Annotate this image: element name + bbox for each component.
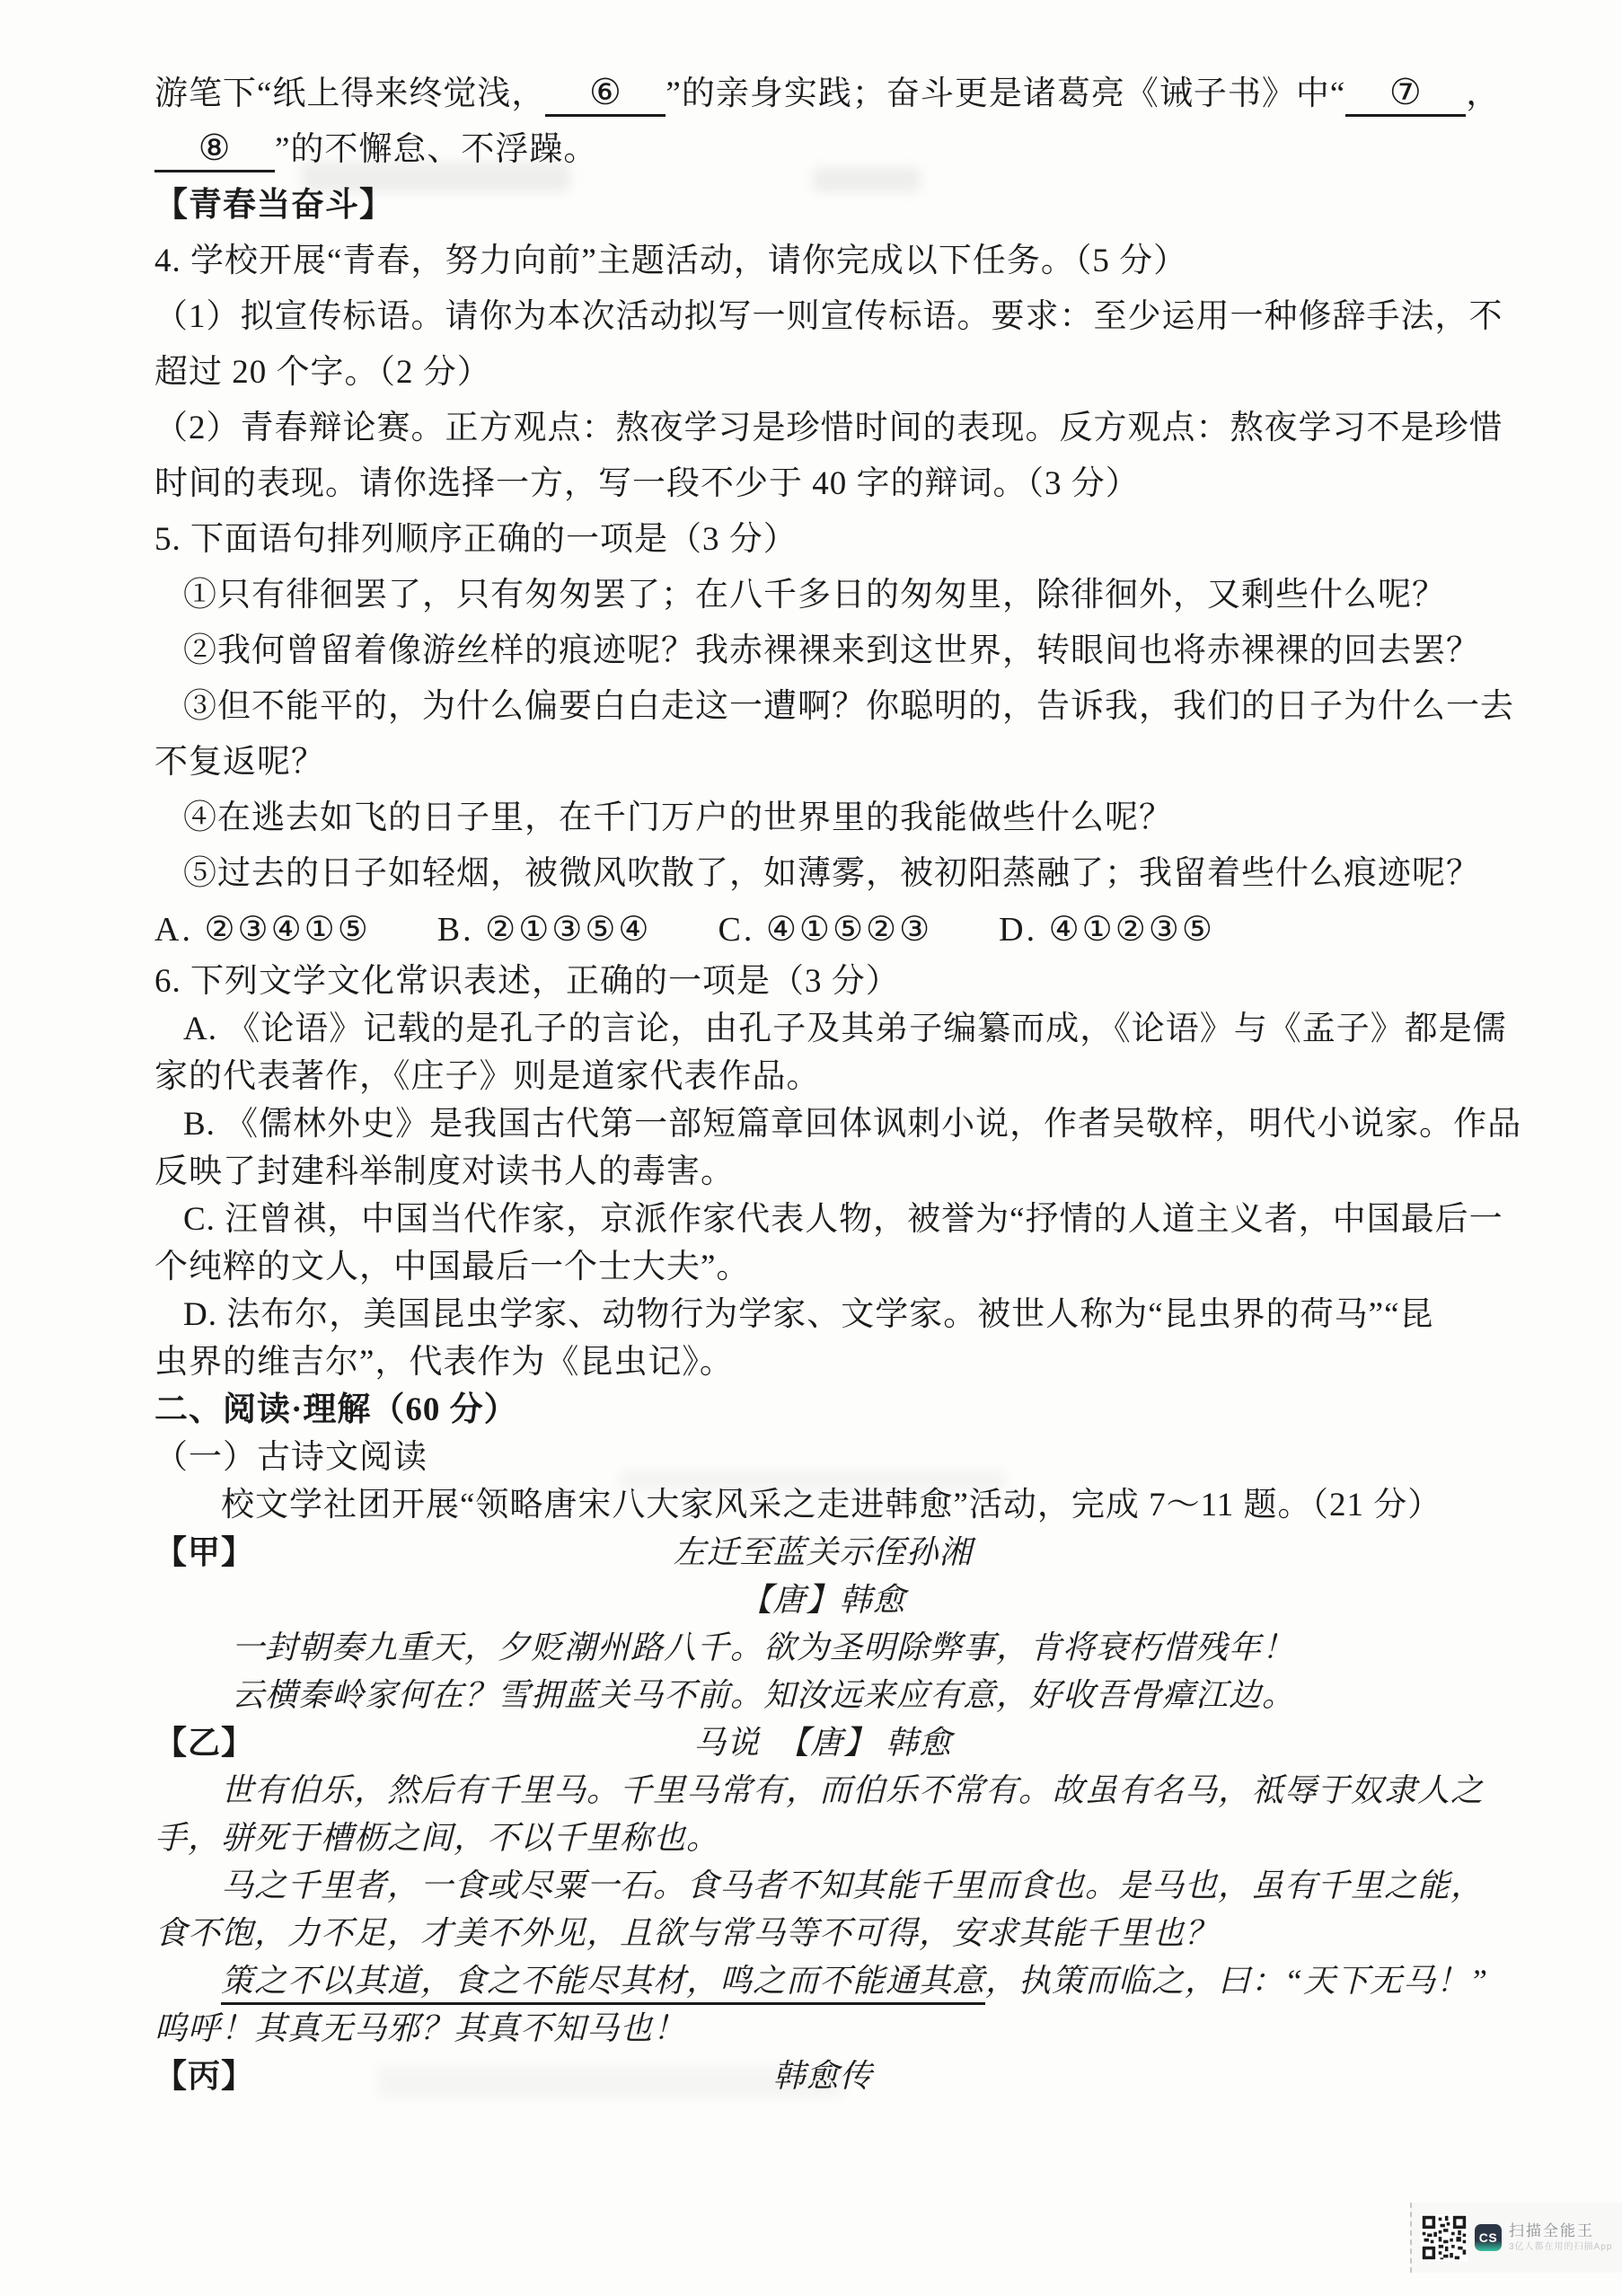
qr-code (1421, 2214, 1468, 2261)
text-segment: 食不饱，力不足，才美不外见，且欲与常马等不可得，安求其能千里也？ (154, 1915, 1218, 1951)
text-segment: 世有伯乐，然后有千里马。千里马常有，而伯乐不常有。故虽有名马，祗辱于奴隶人之 (221, 1772, 1484, 1808)
text-line: A. ②③④①⑤B. ②①③⑤④C. ④①⑤②③D. ④①②③⑤ (154, 902, 1491, 958)
text-segment: （1）拟宣传标语。请你为本次活动拟写一则宣传标语。要求：至少运用一种修辞手法，不 (154, 298, 1503, 335)
text-line: 5. 下面语句排列顺序正确的一项是（3 分） (154, 512, 1491, 568)
text-line: ②我何曾留着像游丝样的痕迹呢？我赤裸裸来到这世界，转眼间也将赤裸裸的回去罢？ (154, 623, 1491, 679)
text-segment: 一封朝奏九重天，夕贬潮州路八千。欲为圣明除弊事，肯将衰朽惜残年！ (232, 1629, 1295, 1665)
text-segment: A. 《论语》记载的是孔子的言论，由孔子及其弟子编纂而成，《论语》与《孟子》都是… (183, 1011, 1507, 1047)
text-line: ④在逃去如飞的日子里，在千门万户的世界里的我能做些什么呢？ (154, 790, 1491, 846)
text-segment: 超过 20 个字。（2 分） (154, 354, 491, 391)
camscanner-watermark: CS 扫描全能王 3亿人都在用的扫描App (1410, 2203, 1622, 2273)
text-segment: 游笔下“纸上得来终觉浅， (154, 75, 545, 112)
text-segment: ②我何曾留着像游丝样的痕迹呢？我赤裸裸来到这世界，转眼间也将赤裸裸的回去罢？ (183, 632, 1480, 669)
text-line: D. 法布尔，美国昆虫学家、动物行为学家、文学家。被世人称为“昆虫界的荷马”“昆 (154, 1291, 1491, 1338)
text-line: 家的代表著作，《庄子》则是道家代表作品。 (154, 1053, 1491, 1100)
text-line: 【唐】韩愈 (154, 1576, 1491, 1624)
text-line: 【甲】左迁至蓝关示侄孙湘 (154, 1529, 1491, 1576)
text-line: 时间的表现。请你选择一方，写一段不少于 40 字的辩词。（3 分） (154, 456, 1491, 512)
text-line: （1）拟宣传标语。请你为本次活动拟写一则宣传标语。要求：至少运用一种修辞手法，不 (154, 289, 1491, 345)
text-segment: ， (1466, 75, 1500, 112)
text-line: 食不饱，力不足，才美不外见，且欲与常马等不可得，安求其能千里也？ (154, 1910, 1491, 1957)
text-segment: 手，骈死于槽枥之间，不以千里称也。 (154, 1820, 719, 1856)
text-segment: ”的不懈怠、不浮躁。 (275, 131, 597, 168)
exam-page: 游笔下“纸上得来终觉浅，⑥”的亲身实践；奋斗更是诸葛亮《诫子书》中“⑦，⑧”的不… (0, 0, 1622, 2296)
text-segment: ④在逃去如飞的日子里，在千门万户的世界里的我能做些什么呢？ (183, 799, 1173, 836)
text-segment: 个纯粹的文人，中国最后一个士大夫”。 (154, 1249, 750, 1285)
text-segment: 呜呼！其真无马邪？其真不知马也！ (154, 2010, 686, 2046)
text-segment: 家的代表著作，《庄子》则是道家代表作品。 (154, 1058, 821, 1095)
text-line: 二、阅读·理解（60 分） (154, 1386, 1491, 1434)
text-line: C. 汪曾祺，中国当代作家，京派作家代表人物，被誉为“抒情的人道主义者，中国最后… (154, 1196, 1491, 1243)
text-line: （一）古诗文阅读 (154, 1434, 1491, 1481)
text-line: 校文学社团开展“领略唐宋八大家风采之走进韩愈”活动，完成 7～11 题。（21 … (154, 1481, 1491, 1529)
centered-title: 马说 【唐】 韩愈 (154, 1719, 1491, 1767)
underlined-text: 策之不以其道，食之不能尽其材，鸣之而不能通其意 (221, 1963, 985, 2005)
text-segment: 云横秦岭家何在？雪拥蓝关马不前。知汝远来应有意，好收吾骨瘴江边。 (232, 1677, 1295, 1713)
text-segment: ①只有徘徊罢了，只有匆匆罢了；在八千多日的匆匆里，除徘徊外，又剩些什么呢？ (183, 577, 1446, 614)
text-segment: 不复返呢？ (154, 744, 325, 781)
text-line: ①只有徘徊罢了，只有匆匆罢了；在八千多日的匆匆里，除徘徊外，又剩些什么呢？ (154, 568, 1491, 623)
text-line: A. 《论语》记载的是孔子的言论，由孔子及其弟子编纂而成，《论语》与《孟子》都是… (154, 1005, 1491, 1053)
text-line: 4. 学校开展“青春，努力向前”主题活动，请你完成以下任务。（5 分） (154, 234, 1491, 289)
text-line: 6. 下列文学文化常识表述，正确的一项是（3 分） (154, 958, 1491, 1005)
text-segment: 4. 学校开展“青春，努力向前”主题活动，请你完成以下任务。（5 分） (154, 243, 1187, 279)
text-line: B. 《儒林外史》是我国古代第一部短篇章回体讽刺小说，作者吴敬梓，明代小说家。作… (154, 1100, 1491, 1148)
choice-option: B. ②①③⑤④ (437, 902, 652, 958)
text-segment: 马之千里者，一食或尽粟一石。食马者不知其能千里而食也。是马也，虽有千里之能， (221, 1868, 1484, 1903)
text-line: 马之千里者，一食或尽粟一石。食马者不知其能千里而食也。是马也，虽有千里之能， (154, 1862, 1491, 1910)
text-segment: ，执策而临之，曰：“天下无马！” (985, 1963, 1488, 1999)
text-segment: ③但不能平的，为什么偏要白白走这一遭啊？你聪明的，告诉我，我们的日子为什么一去 (183, 688, 1514, 725)
app-tagline: 3亿人都在用的扫描App (1509, 2241, 1612, 2254)
text-line: 一封朝奏九重天，夕贬潮州路八千。欲为圣明除弊事，肯将衰朽惜残年！ (154, 1624, 1491, 1672)
text-line: 【丙】韩愈传 (154, 2053, 1491, 2100)
text-segment: 5. 下面语句排列顺序正确的一项是（3 分） (154, 521, 798, 558)
text-segment: 虫界的维吉尔”，代表作为《昆虫记》。 (154, 1344, 734, 1381)
choice-option: A. ②③④①⑤ (154, 902, 371, 958)
text-line: 超过 20 个字。（2 分） (154, 345, 1491, 401)
text-line: 呜呼！其真无马邪？其真不知马也！ (154, 2005, 1491, 2053)
text-segment: 时间的表现。请你选择一方，写一段不少于 40 字的辩词。（3 分） (154, 465, 1140, 502)
text-line: 游笔下“纸上得来终觉浅，⑥”的亲身实践；奋斗更是诸葛亮《诫子书》中“⑦， (154, 66, 1491, 122)
text-segment: 【青春当奋斗】 (154, 187, 393, 224)
text-segment: ”的亲身实践；奋斗更是诸葛亮《诫子书》中“ (666, 75, 1345, 112)
text-segment: D. 法布尔，美国昆虫学家、动物行为学家、文学家。被世人称为“昆虫界的荷马”“昆 (183, 1296, 1434, 1333)
text-line: 虫界的维吉尔”，代表作为《昆虫记》。 (154, 1338, 1491, 1386)
watermark-text: 扫描全能王 3亿人都在用的扫描App (1509, 2221, 1612, 2254)
text-segment: ⑤过去的日子如轻烟，被微风吹散了，如薄雾，被初阳蒸融了；我留着些什么痕迹呢？ (183, 855, 1480, 892)
answer-blank: ⑦ (1345, 71, 1466, 117)
section-label: 【乙】 (154, 1719, 254, 1767)
text-segment: C. 汪曾祺，中国当代作家，京派作家代表人物，被誉为“抒情的人道主义者，中国最后… (183, 1201, 1503, 1238)
text-segment: 校文学社团开展“领略唐宋八大家风采之走进韩愈”活动，完成 7～11 题。（21 … (221, 1487, 1441, 1523)
choice-option: C. ④①⑤②③ (718, 902, 932, 958)
text-line: 云横秦岭家何在？雪拥蓝关马不前。知汝远来应有意，好收吾骨瘴江边。 (154, 1672, 1491, 1719)
choice-option: D. ④①②③⑤ (999, 902, 1215, 958)
text-line: 【青春当奋斗】 (154, 178, 1491, 234)
answer-blank: ⑧ (154, 127, 275, 172)
text-line: 反映了封建科举制度对读书人的毒害。 (154, 1148, 1491, 1196)
document-body: 游笔下“纸上得来终觉浅，⑥”的亲身实践；奋斗更是诸葛亮《诫子书》中“⑦，⑧”的不… (154, 66, 1491, 2100)
text-line: ⑧”的不懈怠、不浮躁。 (154, 122, 1491, 178)
text-segment: 反映了封建科举制度对读书人的毒害。 (154, 1153, 735, 1190)
text-line: ⑤过去的日子如轻烟，被微风吹散了，如薄雾，被初阳蒸融了；我留着些什么痕迹呢？ (154, 846, 1491, 902)
text-line: （2）青春辩论赛。正方观点：熬夜学习是珍惜时间的表现。反方观点：熬夜学习不是珍惜 (154, 401, 1491, 456)
section-label: 【丙】 (154, 2053, 254, 2100)
text-line: 个纯粹的文人，中国最后一个士大夫”。 (154, 1243, 1491, 1291)
centered-title: 【唐】韩愈 (739, 1582, 905, 1618)
text-line: 【乙】马说 【唐】 韩愈 (154, 1719, 1491, 1767)
section-label: 【甲】 (154, 1529, 254, 1576)
answer-blank: ⑥ (545, 71, 666, 117)
app-name: 扫描全能王 (1509, 2221, 1612, 2241)
text-segment: （一）古诗文阅读 (154, 1439, 428, 1476)
text-line: ③但不能平的，为什么偏要白白走这一遭啊？你聪明的，告诉我，我们的日子为什么一去 (154, 679, 1491, 735)
text-segment: 6. 下列文学文化常识表述，正确的一项是（3 分） (154, 963, 900, 1000)
centered-title: 韩愈传 (154, 2053, 1491, 2100)
camscanner-logo-icon: CS (1475, 2224, 1502, 2251)
centered-title: 左迁至蓝关示侄孙湘 (154, 1529, 1491, 1576)
text-line: 世有伯乐，然后有千里马。千里马常有，而伯乐不常有。故虽有名马，祗辱于奴隶人之 (154, 1767, 1491, 1815)
text-line: 不复返呢？ (154, 735, 1491, 790)
text-line: 策之不以其道，食之不能尽其材，鸣之而不能通其意，执策而临之，曰：“天下无马！” (154, 1957, 1491, 2005)
text-line: 手，骈死于槽枥之间，不以千里称也。 (154, 1815, 1491, 1862)
text-segment: B. 《儒林外史》是我国古代第一部短篇章回体讽刺小说，作者吴敬梓，明代小说家。作… (183, 1106, 1521, 1143)
text-segment: 二、阅读·理解（60 分） (154, 1391, 518, 1428)
text-segment: （2）青春辩论赛。正方观点：熬夜学习是珍惜时间的表现。反方观点：熬夜学习不是珍惜 (154, 410, 1503, 446)
